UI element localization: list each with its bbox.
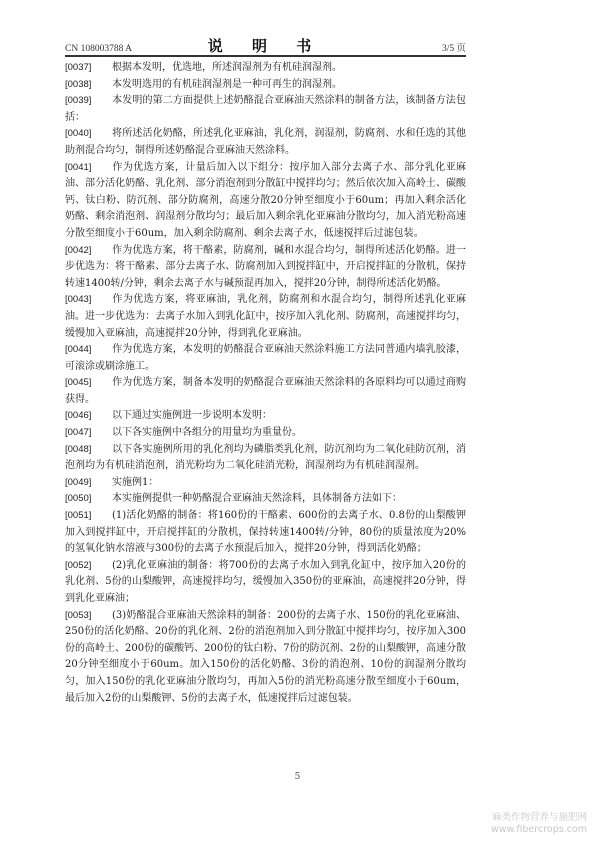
paragraph-number: [0048] bbox=[65, 442, 112, 459]
paragraph-number: [0045] bbox=[65, 375, 112, 392]
paragraph-text: 本实施例提供一种奶酪混合亚麻油天然涂料，具体制备方法如下： bbox=[112, 493, 402, 504]
paragraph: [0041]作为优选方案，计量后加入以下组分：按序加入部分去离子水、部分乳化亚麻… bbox=[65, 160, 466, 243]
paragraph: [0049]实施例1： bbox=[65, 475, 466, 492]
paragraph: [0045]作为优选方案，制备本发明的奶酪混合亚麻油天然涂料的各原料均可以通过商… bbox=[65, 375, 466, 408]
paragraph-number: [0052] bbox=[65, 558, 112, 575]
watermark-url: www.fibercrops.com bbox=[491, 824, 587, 836]
paragraph: [0050]本实施例提供一种奶酪混合亚麻油天然涂料，具体制备方法如下： bbox=[65, 491, 466, 508]
paragraph: [0040]将所述活化奶酪，所述乳化亚麻油，乳化剂，润湿剂，防腐剂、水和任选的其… bbox=[65, 126, 466, 159]
paragraph-text: 以下各实施例中各组分的用量均为重量份。 bbox=[112, 427, 302, 438]
paragraph-number: [0049] bbox=[65, 475, 112, 492]
paragraph-text: 根据本发明，优选地，所述润湿剂为有机硅润湿剂。 bbox=[112, 62, 342, 73]
paragraph-text: 实施例1： bbox=[112, 477, 158, 488]
paragraph-number: [0040] bbox=[65, 126, 112, 143]
paragraph-number: [0038] bbox=[65, 77, 112, 94]
paragraph-text: 作为优选方案，将干酪素，防腐剂，碱和水混合均匀，制得所述活化奶酪。进一步优选为：… bbox=[65, 245, 466, 289]
paragraph-text: (2)乳化亚麻油的制备：将700份的去离子水加入到乳化缸中，按序加入20份的乳化… bbox=[65, 560, 466, 604]
paragraph-text: 以下通过实施例进一步说明本发明： bbox=[112, 410, 272, 421]
paragraph: [0044]作为优选方案，本发明的奶酪混合亚麻油天然涂料施工方法同普通内墙乳胶漆… bbox=[65, 342, 466, 375]
paragraph-number: [0051] bbox=[65, 508, 112, 525]
paragraph-number: [0053] bbox=[65, 608, 112, 625]
paragraph-text: 本发明的第二方面提供上述奶酪混合亚麻油天然涂料的制备方法，该制备方法包括： bbox=[65, 95, 466, 123]
paragraph: [0047]以下各实施例中各组分的用量均为重量份。 bbox=[65, 425, 466, 442]
paragraph: [0043]作为优选方案，将亚麻油，乳化剂，防腐剂和水混合均匀，制得所述乳化亚麻… bbox=[65, 292, 466, 342]
paragraph-number: [0039] bbox=[65, 93, 112, 110]
document-title: 说 明 书 bbox=[65, 35, 466, 56]
paragraph-text: 作为优选方案，本发明的奶酪混合亚麻油天然涂料施工方法同普通内墙乳胶漆，可滚涂或刷… bbox=[65, 344, 466, 372]
watermark-site-name: 麻类作物营养与施肥网 bbox=[491, 812, 587, 824]
paragraph-text: 将所述活化奶酪，所述乳化亚麻油，乳化剂，润湿剂，防腐剂、水和任选的其他助剂混合均… bbox=[65, 128, 466, 156]
paragraph: [0038]本发明选用的有机硅润湿剂是一种可再生的润湿剂。 bbox=[65, 77, 466, 94]
paragraph: [0039]本发明的第二方面提供上述奶酪混合亚麻油天然涂料的制备方法，该制备方法… bbox=[65, 93, 466, 126]
paragraph-number: [0042] bbox=[65, 243, 112, 260]
page-header: CN 108003788 A 说 明 书 3/5 页 bbox=[65, 36, 466, 56]
document-body: [0037]根据本发明，优选地，所述润湿剂为有机硅润湿剂。 [0038]本发明选… bbox=[65, 60, 466, 707]
paragraph-text: (3)奶酪混合亚麻油天然涂料的制备：200份的去离子水、150份的乳化亚麻油、2… bbox=[65, 610, 466, 704]
paragraph-text: 作为优选方案，制备本发明的奶酪混合亚麻油天然涂料的各原料均可以通过商购获得。 bbox=[65, 377, 466, 405]
paragraph-text: 本发明选用的有机硅润湿剂是一种可再生的润湿剂。 bbox=[112, 79, 342, 90]
paragraph-number: [0037] bbox=[65, 60, 112, 77]
paragraph-text: 作为优选方案，将亚麻油，乳化剂，防腐剂和水混合均匀，制得所述乳化亚麻油。进一步优… bbox=[65, 294, 466, 338]
paragraph: [0046]以下通过实施例进一步说明本发明： bbox=[65, 408, 466, 425]
paragraph-number: [0046] bbox=[65, 408, 112, 425]
paragraph: [0052](2)乳化亚麻油的制备：将700份的去离子水加入到乳化缸中，按序加入… bbox=[65, 558, 466, 608]
paragraph-number: [0041] bbox=[65, 160, 112, 177]
paragraph-number: [0047] bbox=[65, 425, 112, 442]
paragraph-number: [0043] bbox=[65, 292, 112, 309]
paragraph: [0051](1)活化奶酪的制备：将160份的干酪素、600份的去离子水、0.8… bbox=[65, 508, 466, 558]
paragraph-text: 以下各实施例所用的乳化剂均为磷脂类乳化剂，防沉剂均为二氧化硅防沉剂，消泡剂均为有… bbox=[65, 444, 466, 472]
paragraph-text: (1)活化奶酪的制备：将160份的干酪素、600份的去离子水、0.8份的山梨酸钾… bbox=[65, 510, 466, 554]
paragraph: [0048]以下各实施例所用的乳化剂均为磷脂类乳化剂，防沉剂均为二氧化硅防沉剂，… bbox=[65, 442, 466, 475]
paragraph-text: 作为优选方案，计量后加入以下组分：按序加入部分去离子水、部分乳化亚麻油、部分活化… bbox=[65, 162, 466, 239]
paragraph-number: [0050] bbox=[65, 491, 112, 508]
paragraph: [0053](3)奶酪混合亚麻油天然涂料的制备：200份的去离子水、150份的乳… bbox=[65, 608, 466, 708]
page-indicator: 3/5 页 bbox=[442, 40, 466, 54]
page-number: 5 bbox=[0, 772, 595, 782]
paragraph-number: [0044] bbox=[65, 342, 112, 359]
header-rule bbox=[65, 55, 466, 57]
paragraph: [0042]作为优选方案，将干酪素，防腐剂，碱和水混合均匀，制得所述活化奶酪。进… bbox=[65, 243, 466, 293]
watermark: 麻类作物营养与施肥网 www.fibercrops.com bbox=[491, 812, 587, 836]
paragraph: [0037]根据本发明，优选地，所述润湿剂为有机硅润湿剂。 bbox=[65, 60, 466, 77]
